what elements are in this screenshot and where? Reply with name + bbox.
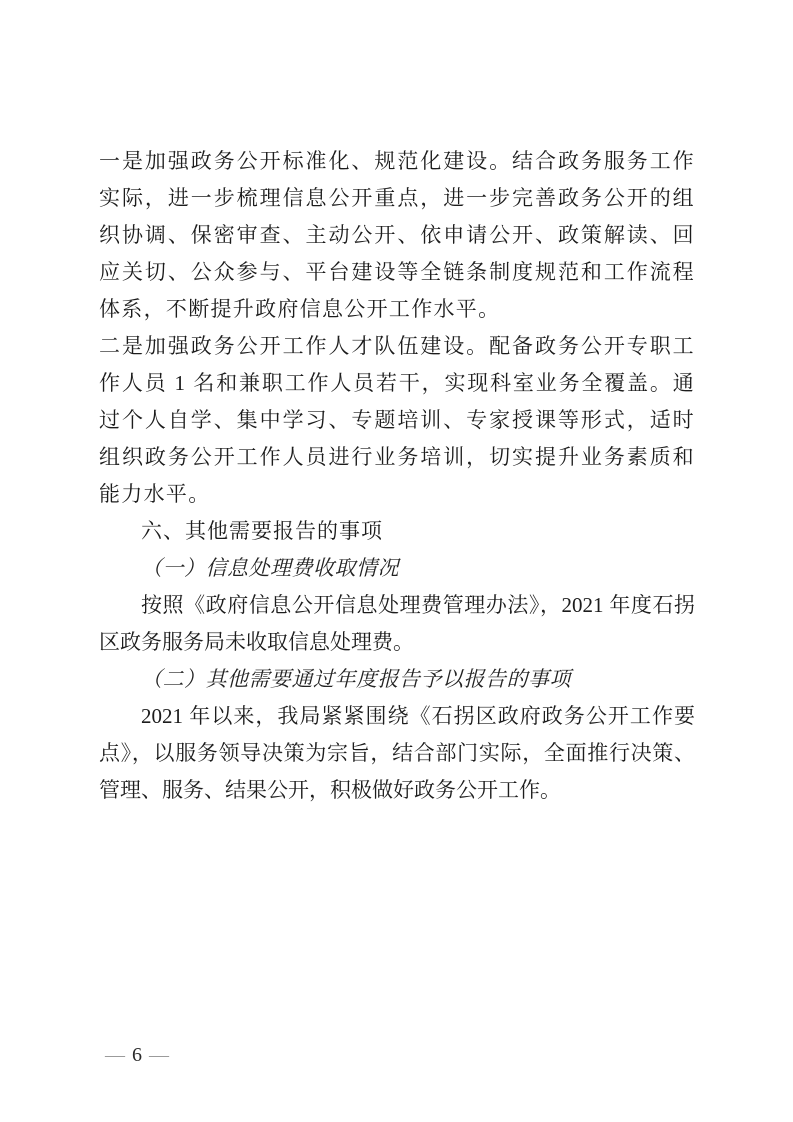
paragraph-measure-1: 一是加强政务公开标准化、规范化建设。结合政务服务工作实际，进一步梳理信息公开重点… [99, 143, 695, 328]
subsection-1-paragraph: 按照《政府信息公开信息处理费管理办法》，2021 年度石拐区政务服务局未收取信息… [99, 587, 695, 661]
subsection-2-paragraph: 2021 年以来，我局紧紧围绕《石拐区政府政务公开工作要点》，以服务领导决策为宗… [99, 698, 695, 809]
page-number: 6 [132, 1041, 142, 1069]
footer-dash-left: — [105, 1041, 125, 1069]
footer-dash-right: — [149, 1041, 169, 1069]
subsection-1-heading: （一）信息处理费收取情况 [99, 550, 695, 587]
page-content: 一是加强政务公开标准化、规范化建设。结合政务服务工作实际，进一步梳理信息公开重点… [99, 143, 695, 809]
paragraph-measure-2: 二是加强政务公开工作人才队伍建设。配备政务公开专职工作人员 1 名和兼职工作人员… [99, 328, 695, 513]
document-page: 一是加强政务公开标准化、规范化建设。结合政务服务工作实际，进一步梳理信息公开重点… [0, 0, 793, 1122]
page-footer: — 6 — [105, 1041, 169, 1069]
section-heading: 六、其他需要报告的事项 [99, 513, 695, 550]
subsection-2-heading: （二）其他需要通过年度报告予以报告的事项 [99, 661, 695, 698]
